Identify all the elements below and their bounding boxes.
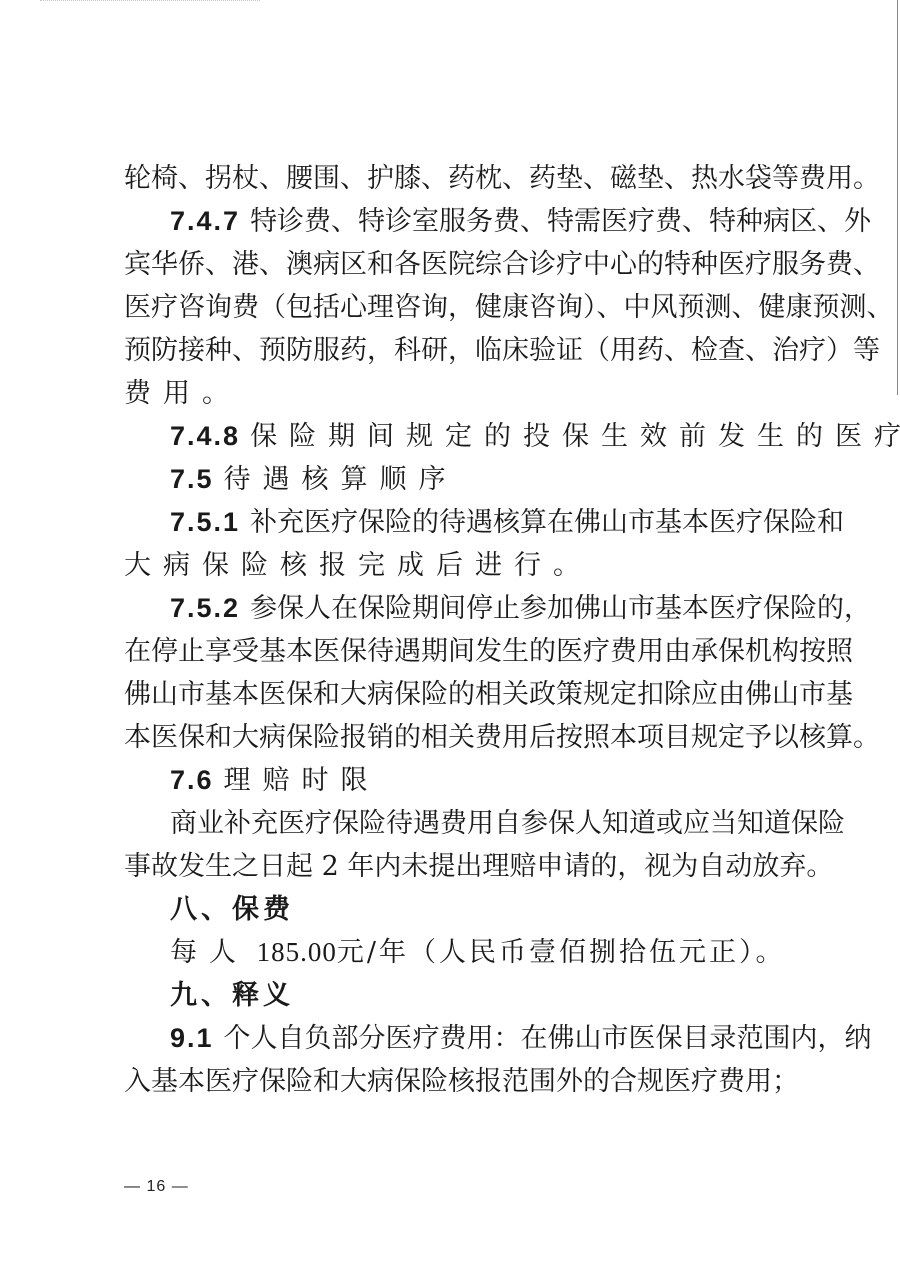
section-heading: 九、释义 — [170, 980, 294, 1011]
text-line: 本医保和大病保险报销的相关费用后按照本项目规定予以核算。 — [124, 716, 792, 759]
clause-text: 参保人在保险期间停止参加佛山市基本医疗保险的， — [250, 593, 871, 624]
text-line: 7.4.7特诊费、特诊室服务费、特需医疗费、特种病区、外 — [124, 200, 792, 243]
text-line: 预防接种、预防服药，科研，临床验证（用药、检查、治疗）等 — [124, 329, 792, 372]
text-line: 事故发生之日起 2 年内未提出理赔申请的，视为自动放弃。 — [124, 845, 792, 888]
clause-number: 7.6 — [170, 765, 214, 795]
clause-text: 在停止享受基本医保待遇期间发生的医疗费用由承保机构按照 — [124, 636, 853, 667]
clause-text: 入基本医疗保险和大病保险核报范围外的合规医疗费用； — [124, 1066, 799, 1097]
clause-text: 个人自负部分医疗费用：在佛山市医保目录范围内，纳 — [224, 1023, 872, 1054]
clause-number: 7.5 — [170, 464, 214, 494]
clause-text: 宾华侨、港、澳病区和各医院综合诊疗中心的特种医疗服务费、 — [124, 249, 880, 280]
text-line: 宾华侨、港、澳病区和各医院综合诊疗中心的特种医疗服务费、 — [124, 243, 792, 286]
clause-text: 费用。 — [124, 378, 241, 409]
clause-text: 佛山市基本医保和大病保险的相关政策规定扣除应由佛山市基 — [124, 679, 853, 710]
text-line: 7.5.2参保人在保险期间停止参加佛山市基本医疗保险的， — [124, 587, 792, 630]
section-heading: 八、保费 — [170, 894, 294, 925]
page-number: — 16 — — [124, 1178, 189, 1196]
text-line: 7.6理赔时限 — [124, 759, 792, 802]
text-line: 7.5待遇核算顺序 — [124, 458, 792, 501]
clause-text: 特诊费、特诊室服务费、特需医疗费、特种病区、外 — [250, 206, 871, 237]
premium-amount: 185.00 — [257, 937, 337, 967]
clause-number: 7.5.2 — [170, 593, 240, 623]
text-line: 商业补充医疗保险待遇费用自参保人知道或应当知道保险 — [124, 802, 792, 845]
premium-line: 每人 185.00元/年（人民币壹佰捌拾伍元正）。 — [124, 931, 792, 974]
document-body: 轮椅、拐杖、腰围、护膝、药枕、药垫、磁垫、热水袋等费用。7.4.7特诊费、特诊室… — [124, 157, 792, 888]
text-line: 7.4.8保险期间规定的投保生效前发生的医疗费用。 — [124, 415, 792, 458]
text-line: 7.5.1补充医疗保险的待遇核算在佛山市基本医疗保险和 — [124, 501, 792, 544]
text-line: 轮椅、拐杖、腰围、护膝、药枕、药垫、磁垫、热水袋等费用。 — [124, 157, 792, 200]
clause-text: 预防接种、预防服药，科研，临床验证（用药、检查、治疗）等 — [124, 335, 880, 366]
definition-9-1-line-2: 入基本医疗保险和大病保险核报范围外的合规医疗费用； — [124, 1060, 792, 1103]
clause-text: 理赔时限 — [224, 765, 380, 796]
clause-number: 7.4.8 — [170, 421, 240, 451]
text-line: 医疗咨询费（包括心理咨询，健康咨询）、中风预测、健康预测、 — [124, 286, 792, 329]
clause-text: 保险期间规定的投保生效前发生的医疗费用。 — [250, 421, 900, 452]
section-9-heading: 九、释义 — [124, 974, 792, 1017]
clause-text: 事故发生之日起 2 年内未提出理赔申请的，视为自动放弃。 — [124, 851, 833, 882]
text-line: 佛山市基本医保和大病保险的相关政策规定扣除应由佛山市基 — [124, 673, 792, 716]
scan-edge-line — [897, 0, 898, 395]
clause-text: 本医保和大病保险报销的相关费用后按照本项目规定予以核算。 — [124, 722, 880, 753]
text-line: 大病保险核报完成后进行。 — [124, 544, 792, 587]
clause-number: 7.4.7 — [170, 206, 240, 236]
text-line: 费用。 — [124, 372, 792, 415]
premium-prefix: 每人 — [170, 937, 248, 968]
clause-text: 补充医疗保险的待遇核算在佛山市基本医疗保险和 — [250, 507, 844, 538]
definition-9-1-line-1: 9.1个人自负部分医疗费用：在佛山市医保目录范围内，纳 — [124, 1017, 792, 1060]
clause-text: 轮椅、拐杖、腰围、护膝、药枕、药垫、磁垫、热水袋等费用。 — [124, 163, 880, 194]
text-line: 在停止享受基本医保待遇期间发生的医疗费用由承保机构按照 — [124, 630, 792, 673]
document-page: 轮椅、拐杖、腰围、护膝、药枕、药垫、磁垫、热水袋等费用。7.4.7特诊费、特诊室… — [124, 157, 792, 1103]
premium-suffix: 元/年（人民币壹佰捌拾伍元正）。 — [337, 937, 786, 968]
clause-text: 商业补充医疗保险待遇费用自参保人知道或应当知道保险 — [170, 808, 845, 839]
section-8-heading: 八、保费 — [124, 888, 792, 931]
clause-text: 大病保险核报完成后进行。 — [124, 550, 592, 581]
clause-text: 医疗咨询费（包括心理咨询，健康咨询）、中风预测、健康预测、 — [124, 292, 894, 323]
clause-text: 待遇核算顺序 — [224, 464, 458, 495]
clause-number: 7.5.1 — [170, 507, 240, 537]
clause-number: 9.1 — [170, 1023, 214, 1053]
scan-artifact-top — [40, 0, 260, 5]
